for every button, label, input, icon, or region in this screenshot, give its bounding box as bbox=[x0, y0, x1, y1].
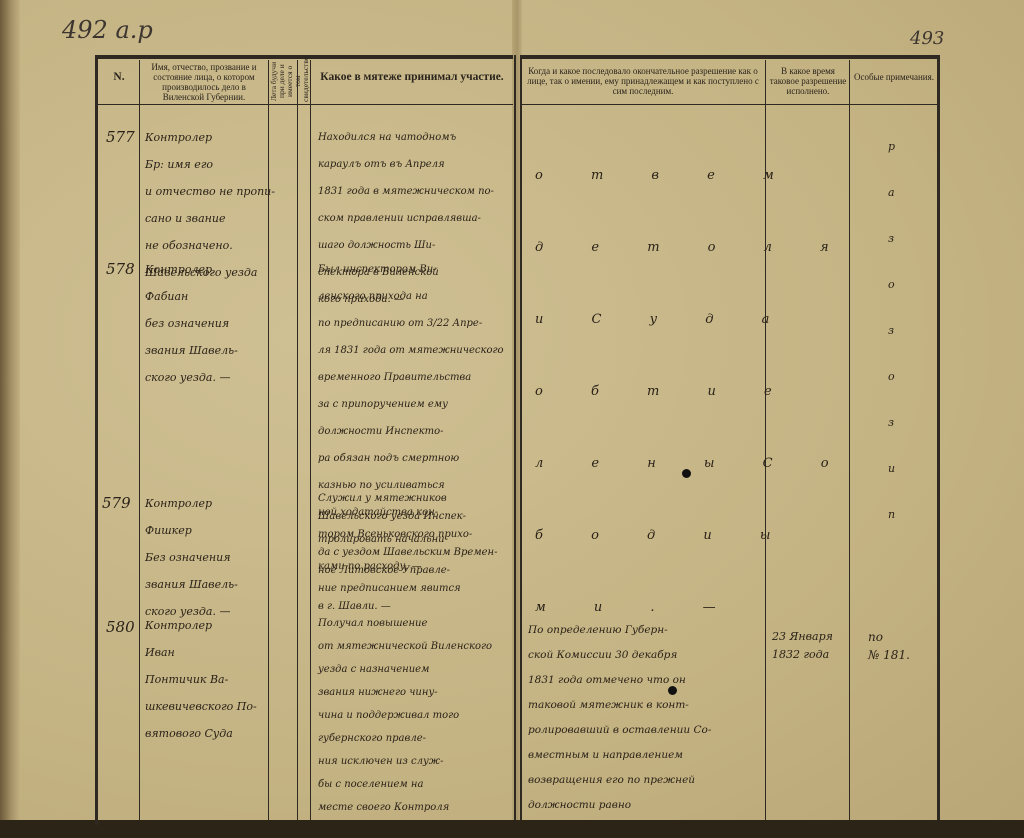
merged-note-glyph: и bbox=[888, 446, 895, 492]
merged-resolution-text: о т в е м д е т о л я и С у д а о б т и … bbox=[535, 140, 851, 644]
merged-note-glyph: з bbox=[888, 400, 895, 446]
executed-line: 1832 года bbox=[772, 646, 833, 664]
row-name: Контролер Фабиан без означения звания Ша… bbox=[145, 256, 238, 391]
header-top-rule-right bbox=[520, 55, 940, 59]
name-line: шкевичевского По- bbox=[145, 693, 257, 720]
name-line: Контролер bbox=[145, 124, 275, 151]
row-participation: Служил у мятежников Шавельского уезда Ин… bbox=[318, 490, 498, 616]
row-name: Контролер Иван Понтичик Ва- шкевичевског… bbox=[145, 612, 257, 747]
participation-line: должности Инспекто- bbox=[318, 418, 504, 445]
resolution-line: ской Комиссии 30 декабря bbox=[528, 643, 711, 668]
merged-note-glyph: о bbox=[888, 354, 895, 400]
row-number: 579 bbox=[102, 494, 131, 512]
col-rule-4 bbox=[310, 60, 311, 820]
participation-line: Был инспектором Ви- bbox=[318, 256, 504, 283]
header-involved-vertical: Лета будучи при деле и имеется о том сви… bbox=[270, 60, 296, 102]
merged-note-glyph: о bbox=[888, 262, 895, 308]
name-line: сано и звание bbox=[145, 205, 275, 232]
row-number: 578 bbox=[106, 260, 135, 278]
participation-line: уезда с назначением bbox=[318, 658, 492, 681]
name-line: ского уезда. — bbox=[145, 364, 238, 391]
name-line: Контролер bbox=[145, 612, 257, 639]
participation-line: бы с поселением на bbox=[318, 773, 492, 796]
header-bottom-rule-right bbox=[520, 104, 940, 105]
participation-line: чина и поддерживал того bbox=[318, 704, 492, 727]
merged-notes-text: р а з о з о з и п bbox=[888, 124, 895, 538]
name-line: Контролер bbox=[145, 256, 238, 283]
resolution-line: таковой мятежник в конт- bbox=[528, 693, 711, 718]
participation-line: ленского прихода на bbox=[318, 283, 504, 310]
header-executed: В какое время таковое разрешение исполне… bbox=[767, 66, 849, 96]
merged-line: б о д и ы bbox=[535, 500, 851, 572]
scanned-register-page: 492 а.р 493 N. Имя, отчество, прозвание … bbox=[0, 0, 1024, 838]
participation-line: ском правлении исправлявша- bbox=[318, 205, 494, 232]
participation-line: ния исключен из служ- bbox=[318, 750, 492, 773]
participation-line: Получал повышение bbox=[318, 612, 492, 635]
resolution-line: должности равно bbox=[528, 793, 711, 818]
name-line: не обозначено. bbox=[145, 232, 275, 259]
header-name: Имя, отчество, прозвание и состояние лиц… bbox=[142, 62, 266, 102]
name-line: Контролер bbox=[145, 490, 238, 517]
row-name: Контролер Фишкер Без означения звания Ша… bbox=[145, 490, 238, 625]
name-line: звания Шавель- bbox=[145, 571, 238, 598]
header-participation: Какое в мятеже принимал участие. bbox=[312, 72, 512, 82]
merged-line: м и . — bbox=[535, 572, 851, 644]
merged-line: о т в е м bbox=[535, 140, 851, 212]
name-line: и отчество не пропи- bbox=[145, 178, 275, 205]
book-binding-edge bbox=[0, 0, 20, 838]
folio-right: 493 bbox=[910, 28, 944, 49]
ink-blot bbox=[668, 686, 677, 695]
merged-note-glyph: з bbox=[888, 216, 895, 262]
name-line: Фишкер bbox=[145, 517, 238, 544]
participation-line: Шавельского уезда Инспек- bbox=[318, 508, 498, 526]
name-line: Фабиан bbox=[145, 283, 238, 310]
participation-line: губернского правле- bbox=[318, 727, 492, 750]
row-number: 580 bbox=[106, 618, 135, 636]
resolution-line: возвращения его по прежней bbox=[528, 768, 711, 793]
name-line: вятового Суда bbox=[145, 720, 257, 747]
row-notes: по № 181. bbox=[868, 628, 910, 664]
resolution-line: вместным и направлением bbox=[528, 743, 711, 768]
participation-line: месте своего Контроля bbox=[318, 796, 492, 819]
outer-right-rule bbox=[937, 55, 940, 820]
header-number: N. bbox=[100, 72, 138, 82]
participation-line: 1831 года в мятежническом по- bbox=[318, 178, 494, 205]
merged-note-glyph: з bbox=[888, 308, 895, 354]
participation-line: ра обязан подъ смертною bbox=[318, 445, 504, 472]
participation-line: от мятежнической Виленского bbox=[318, 635, 492, 658]
participation-line: ля 1831 года от мятежнического bbox=[318, 337, 504, 364]
right-page-left-rule bbox=[520, 55, 522, 820]
participation-line: да с уездом Шавельским Времен- bbox=[318, 544, 498, 562]
participation-line: за с припоручением ему bbox=[318, 391, 504, 418]
header-notes: Особые примечания. bbox=[852, 72, 936, 82]
folio-left: 492 а.р bbox=[62, 16, 153, 44]
merged-line: л е н ы С о bbox=[535, 428, 851, 500]
row-participation: Получал повышение от мятежнической Вилен… bbox=[318, 612, 492, 819]
participation-line: Служил у мятежников bbox=[318, 490, 498, 508]
name-line: Без означения bbox=[145, 544, 238, 571]
merged-note-glyph: а bbox=[888, 170, 895, 216]
name-line: Иван bbox=[145, 639, 257, 666]
name-line: Понтичик Ва- bbox=[145, 666, 257, 693]
name-line: звания Шавель- bbox=[145, 337, 238, 364]
participation-line: ное Литовское Управле- bbox=[318, 562, 498, 580]
ink-blot bbox=[682, 469, 691, 478]
participation-line: по предписанию от 3/22 Апре- bbox=[318, 310, 504, 337]
left-page-right-rule bbox=[514, 55, 516, 820]
merged-line: о б т и е bbox=[535, 356, 851, 428]
header-resolution: Когда и какое последовало окончательное … bbox=[522, 66, 764, 96]
outer-left-rule bbox=[95, 55, 98, 825]
row-resolution: По определению Губерн- ской Комиссии 30 … bbox=[528, 618, 711, 818]
bottom-edge bbox=[0, 820, 1024, 838]
name-line: без означения bbox=[145, 310, 238, 337]
merged-note-glyph: п bbox=[888, 492, 895, 538]
participation-line: караулъ отъ въ Апреля bbox=[318, 151, 494, 178]
merged-line: д е т о л я bbox=[535, 212, 851, 284]
row-number: 577 bbox=[106, 128, 135, 146]
notes-line: по bbox=[868, 628, 910, 646]
col-rule-3 bbox=[297, 60, 298, 820]
participation-line: тором Всеньковского прихо- bbox=[318, 526, 498, 544]
header-bottom-rule-left bbox=[98, 104, 513, 105]
merged-note-glyph: р bbox=[888, 124, 895, 170]
participation-line: шаго должность Ши- bbox=[318, 232, 494, 259]
participation-line: Находился на чатодномъ bbox=[318, 124, 494, 151]
notes-line: № 181. bbox=[868, 646, 910, 664]
participation-line: временного Правительства bbox=[318, 364, 504, 391]
col-rule-1 bbox=[139, 60, 140, 820]
resolution-line: 1831 года отмечено что он bbox=[528, 668, 711, 693]
participation-line: звания нижнего чину- bbox=[318, 681, 492, 704]
participation-line: ние предписанием явится bbox=[318, 580, 498, 598]
name-line: Бр: имя его bbox=[145, 151, 275, 178]
merged-line: и С у д а bbox=[535, 284, 851, 356]
resolution-line: ролировавший в оставлении Со- bbox=[528, 718, 711, 743]
